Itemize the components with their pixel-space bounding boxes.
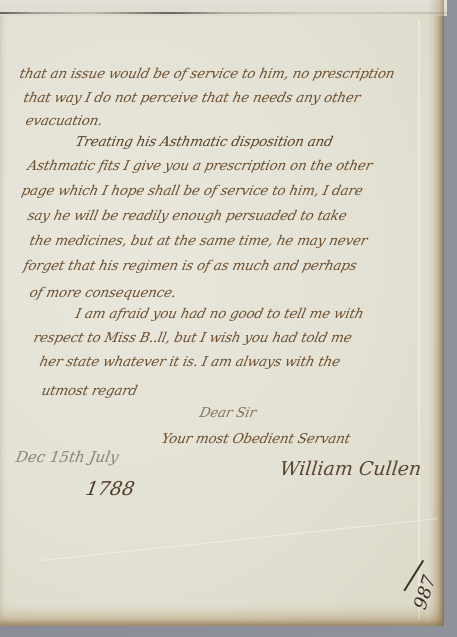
body-line-11: I am afraid you had no good to tell me w…	[74, 306, 365, 322]
body-line-12: respect to Miss B..ll, but I wish you ha…	[32, 330, 353, 346]
bottom-edge-stain	[0, 604, 443, 626]
signature: William Cullen	[279, 458, 423, 480]
body-line-14: utmost regard	[40, 383, 139, 399]
body-line-8: the medicines, but at the same time, he …	[28, 233, 369, 249]
top-fold-line	[0, 12, 447, 14]
body-line-13: her state whatever it is. I am always wi…	[38, 354, 342, 370]
body-line-1: that an issue would be of service to him…	[18, 66, 396, 82]
body-line-7: say he will be readily enough persuaded …	[26, 208, 348, 224]
letter-page: that an issue would be of service to him…	[0, 0, 443, 626]
body-line-2: that way I do not perceive that he needs…	[22, 90, 362, 106]
valediction: Your most Obedient Servant	[160, 431, 352, 447]
body-line-4: Treating his Asthmatic disposition and	[74, 134, 334, 150]
body-line-5: Asthmatic fits I give you a prescription…	[26, 158, 374, 174]
body-line-3: evacuation.	[24, 113, 104, 129]
body-line-10: of more consequence.	[28, 285, 178, 301]
body-line-9: forget that his regimen is of as much an…	[22, 258, 358, 274]
date-day-month: Dec 15th July	[14, 448, 120, 466]
right-crease	[418, 20, 420, 620]
salutation: Dear Sir	[198, 405, 257, 421]
body-line-6: page which I hope shall be of service to…	[20, 183, 364, 199]
diagonal-fold	[40, 518, 438, 561]
date-year: 1788	[84, 478, 136, 500]
right-edge-stain	[428, 0, 444, 626]
